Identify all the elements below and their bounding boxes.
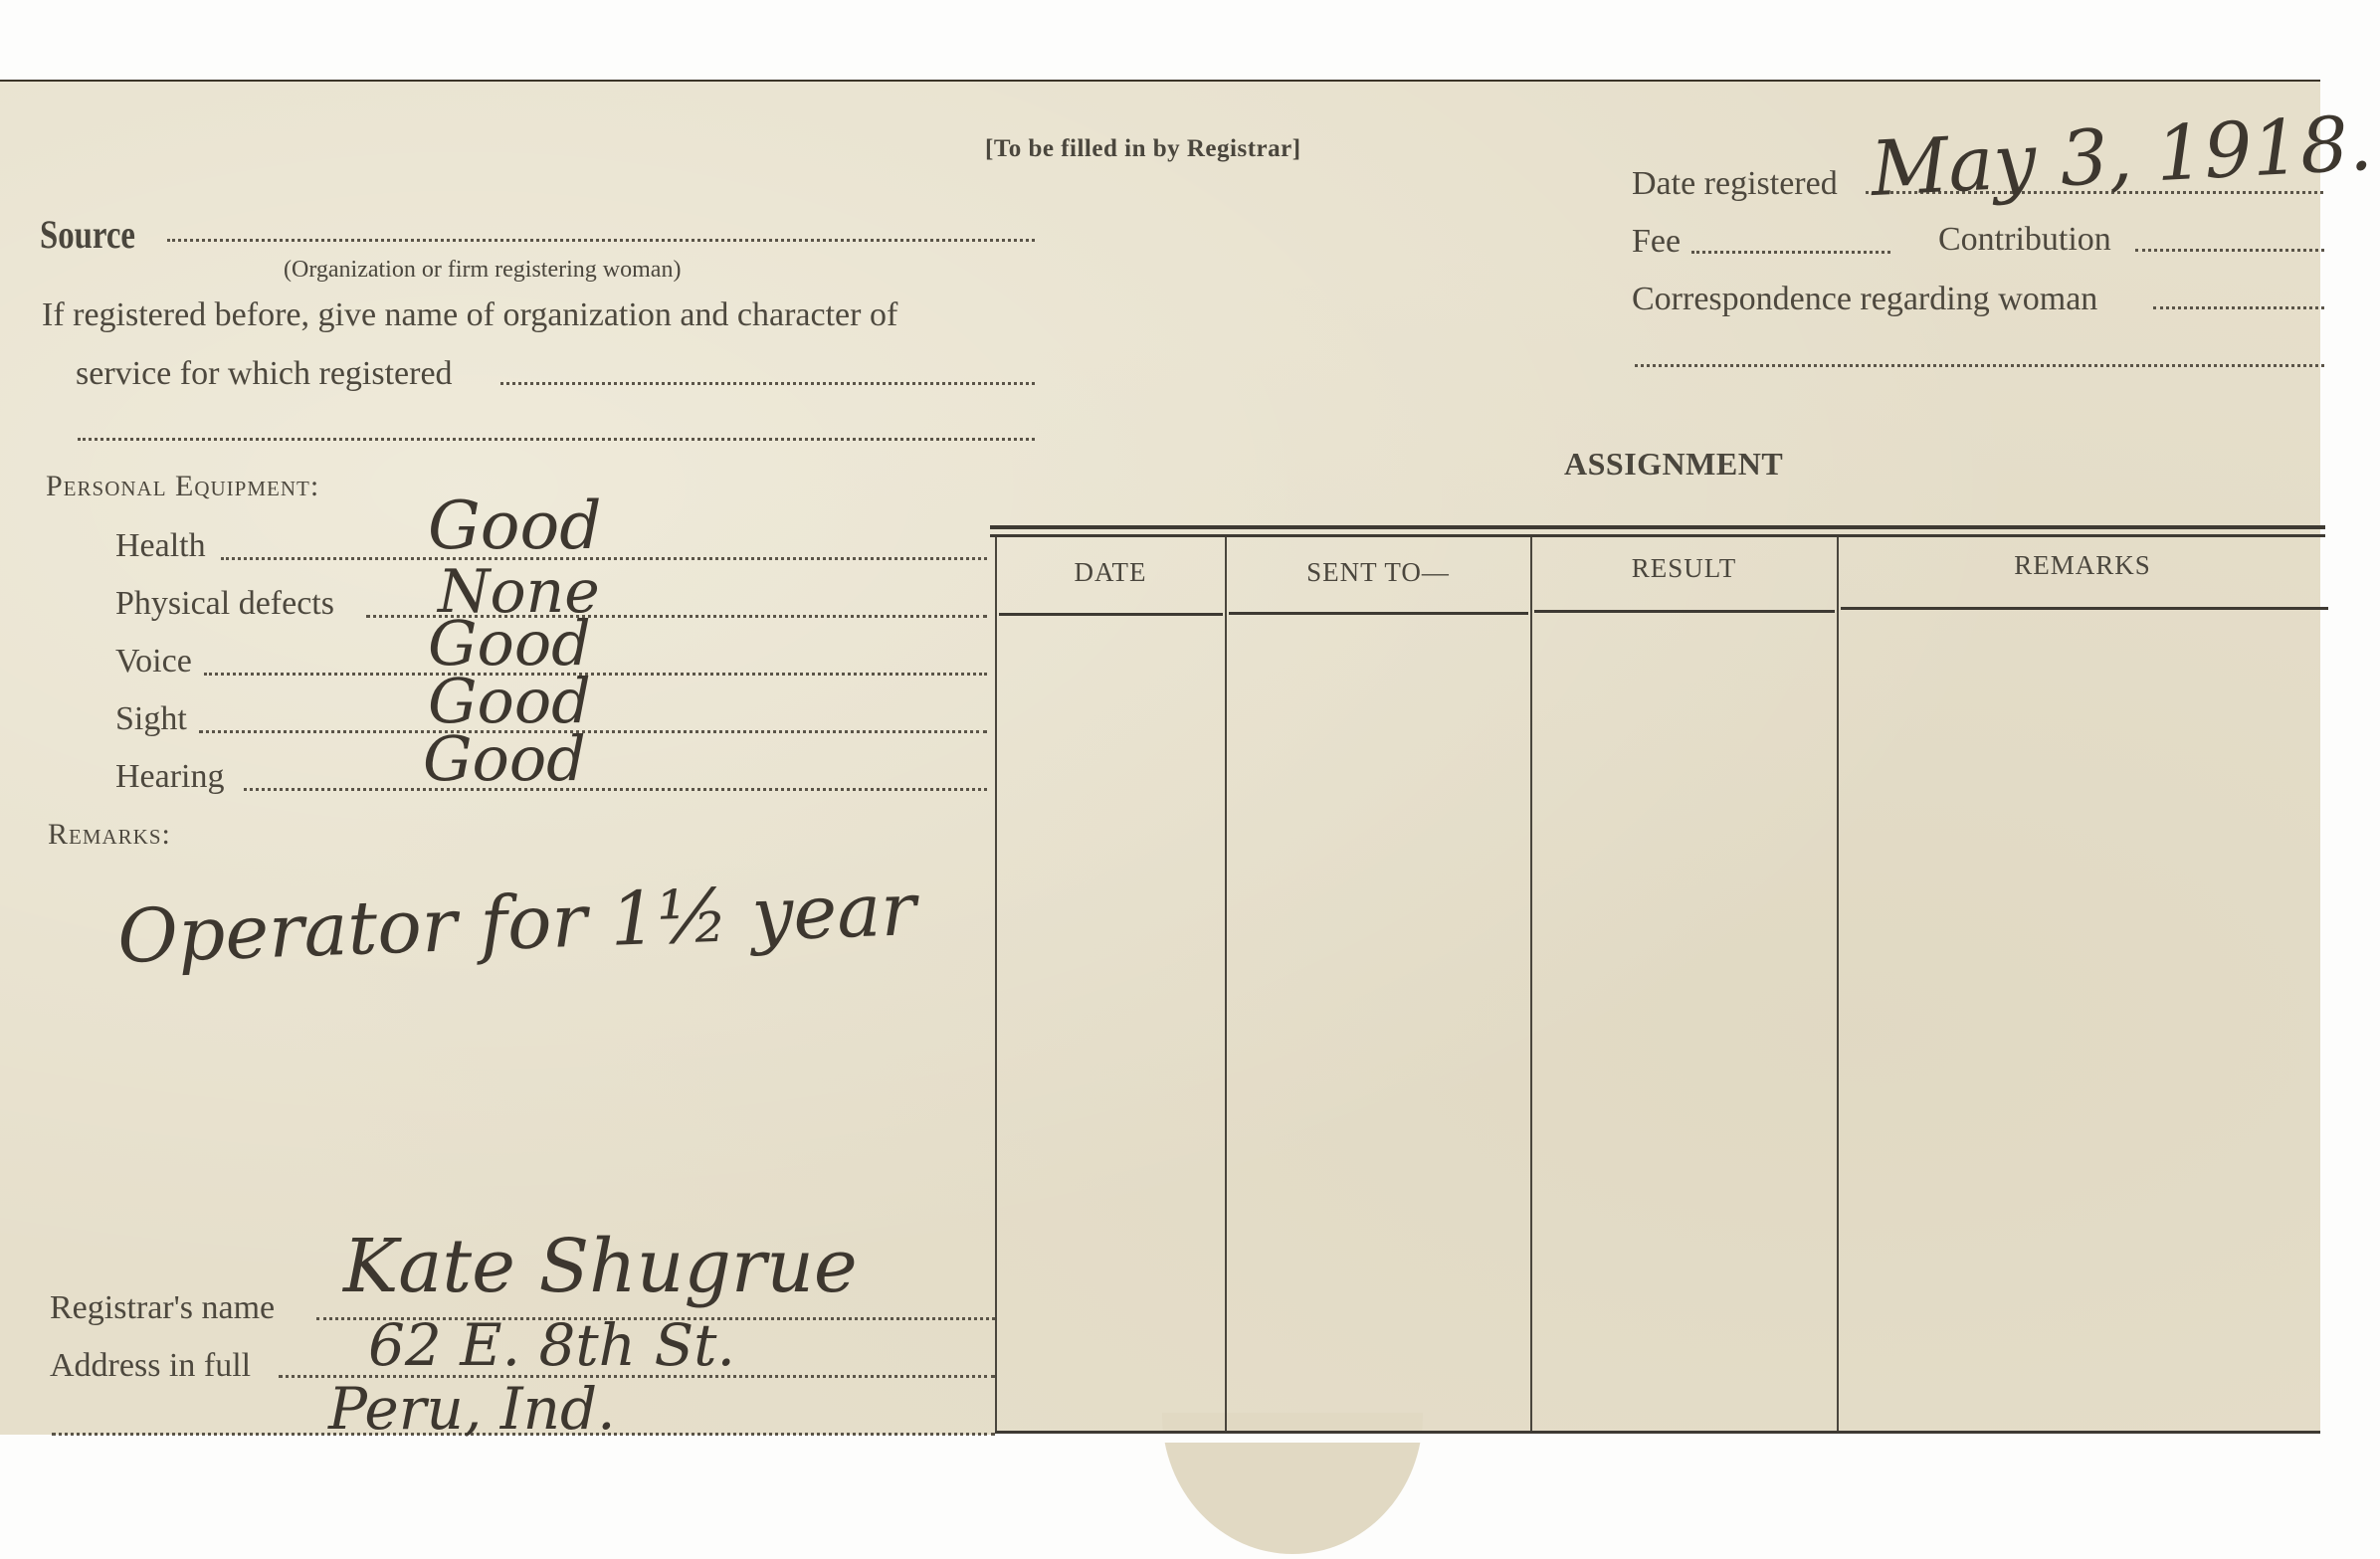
column-header-sent-to: SENT TO— xyxy=(1227,557,1529,588)
table-col-line-1 xyxy=(1225,537,1227,1433)
personal-equipment-title: Personal Equipment: xyxy=(46,470,319,503)
header-underline-sent xyxy=(1229,612,1528,615)
address-line2[interactable]: Peru, Ind. xyxy=(328,1375,616,1443)
voice-label: Voice xyxy=(115,643,192,681)
registered-before-field[interactable] xyxy=(500,382,1035,385)
sight-field[interactable] xyxy=(199,730,987,733)
table-col-line-2 xyxy=(1530,537,1532,1433)
fee-label: Fee xyxy=(1632,223,1681,261)
health-field[interactable] xyxy=(221,557,987,560)
assignment-cell-sent-to[interactable] xyxy=(1229,619,1528,1429)
correspondence-field[interactable] xyxy=(2153,306,2324,309)
column-header-remarks: REMARKS xyxy=(1839,550,2326,581)
sight-label: Sight xyxy=(115,700,187,738)
assignment-cell-result[interactable] xyxy=(1534,619,1835,1429)
assignment-title: ASSIGNMENT xyxy=(1564,446,1783,483)
table-bottom-rule xyxy=(995,1431,2320,1434)
fee-field[interactable] xyxy=(1691,251,1890,254)
correspondence-label: Correspondence regarding woman xyxy=(1632,281,2097,318)
assignment-cell-remarks[interactable] xyxy=(1841,619,2318,1429)
header-underline-remarks xyxy=(1841,607,2328,610)
contribution-label: Contribution xyxy=(1938,221,2111,259)
header-underline-result xyxy=(1534,610,1835,613)
column-header-date: DATE xyxy=(997,557,1224,588)
hearing-value[interactable]: Good xyxy=(423,722,586,795)
card-edge xyxy=(995,1433,2320,1443)
registered-before-line1: If registered before, give name of organ… xyxy=(42,296,897,334)
registered-before-line2: service for which registered xyxy=(76,355,453,393)
voice-field[interactable] xyxy=(204,673,987,676)
address-label: Address in full xyxy=(50,1347,251,1385)
source-field[interactable] xyxy=(167,239,1035,242)
hearing-label: Hearing xyxy=(115,758,225,796)
correspondence-field-2[interactable] xyxy=(1635,364,2324,367)
registrar-note: [To be filled in by Registrar] xyxy=(985,135,1301,163)
health-value[interactable]: Good xyxy=(428,487,601,564)
address-line1[interactable]: 62 E. 8th St. xyxy=(368,1311,735,1379)
column-header-result: RESULT xyxy=(1532,553,1836,584)
hearing-field[interactable] xyxy=(244,788,987,791)
source-sublabel: (Organization or firm registering woman) xyxy=(284,257,681,284)
table-col-line-0 xyxy=(995,537,997,1433)
date-registered-label: Date registered xyxy=(1632,165,1838,203)
table-top-rule-2 xyxy=(990,534,2325,537)
remarks-title: Remarks: xyxy=(48,818,171,852)
registrar-name-value[interactable]: Kate Shugrue xyxy=(343,1224,858,1309)
header-underline-date xyxy=(999,613,1223,616)
assignment-cell-date[interactable] xyxy=(999,619,1223,1429)
registrar-name-label: Registrar's name xyxy=(50,1289,275,1327)
health-label: Health xyxy=(115,527,206,565)
physical-defects-label: Physical defects xyxy=(115,585,334,623)
source-label: Source xyxy=(40,211,135,258)
contribution-field[interactable] xyxy=(2135,249,2324,252)
registered-before-field-2[interactable] xyxy=(78,438,1035,441)
table-top-rule xyxy=(990,525,2325,529)
table-col-line-3 xyxy=(1837,537,1839,1433)
